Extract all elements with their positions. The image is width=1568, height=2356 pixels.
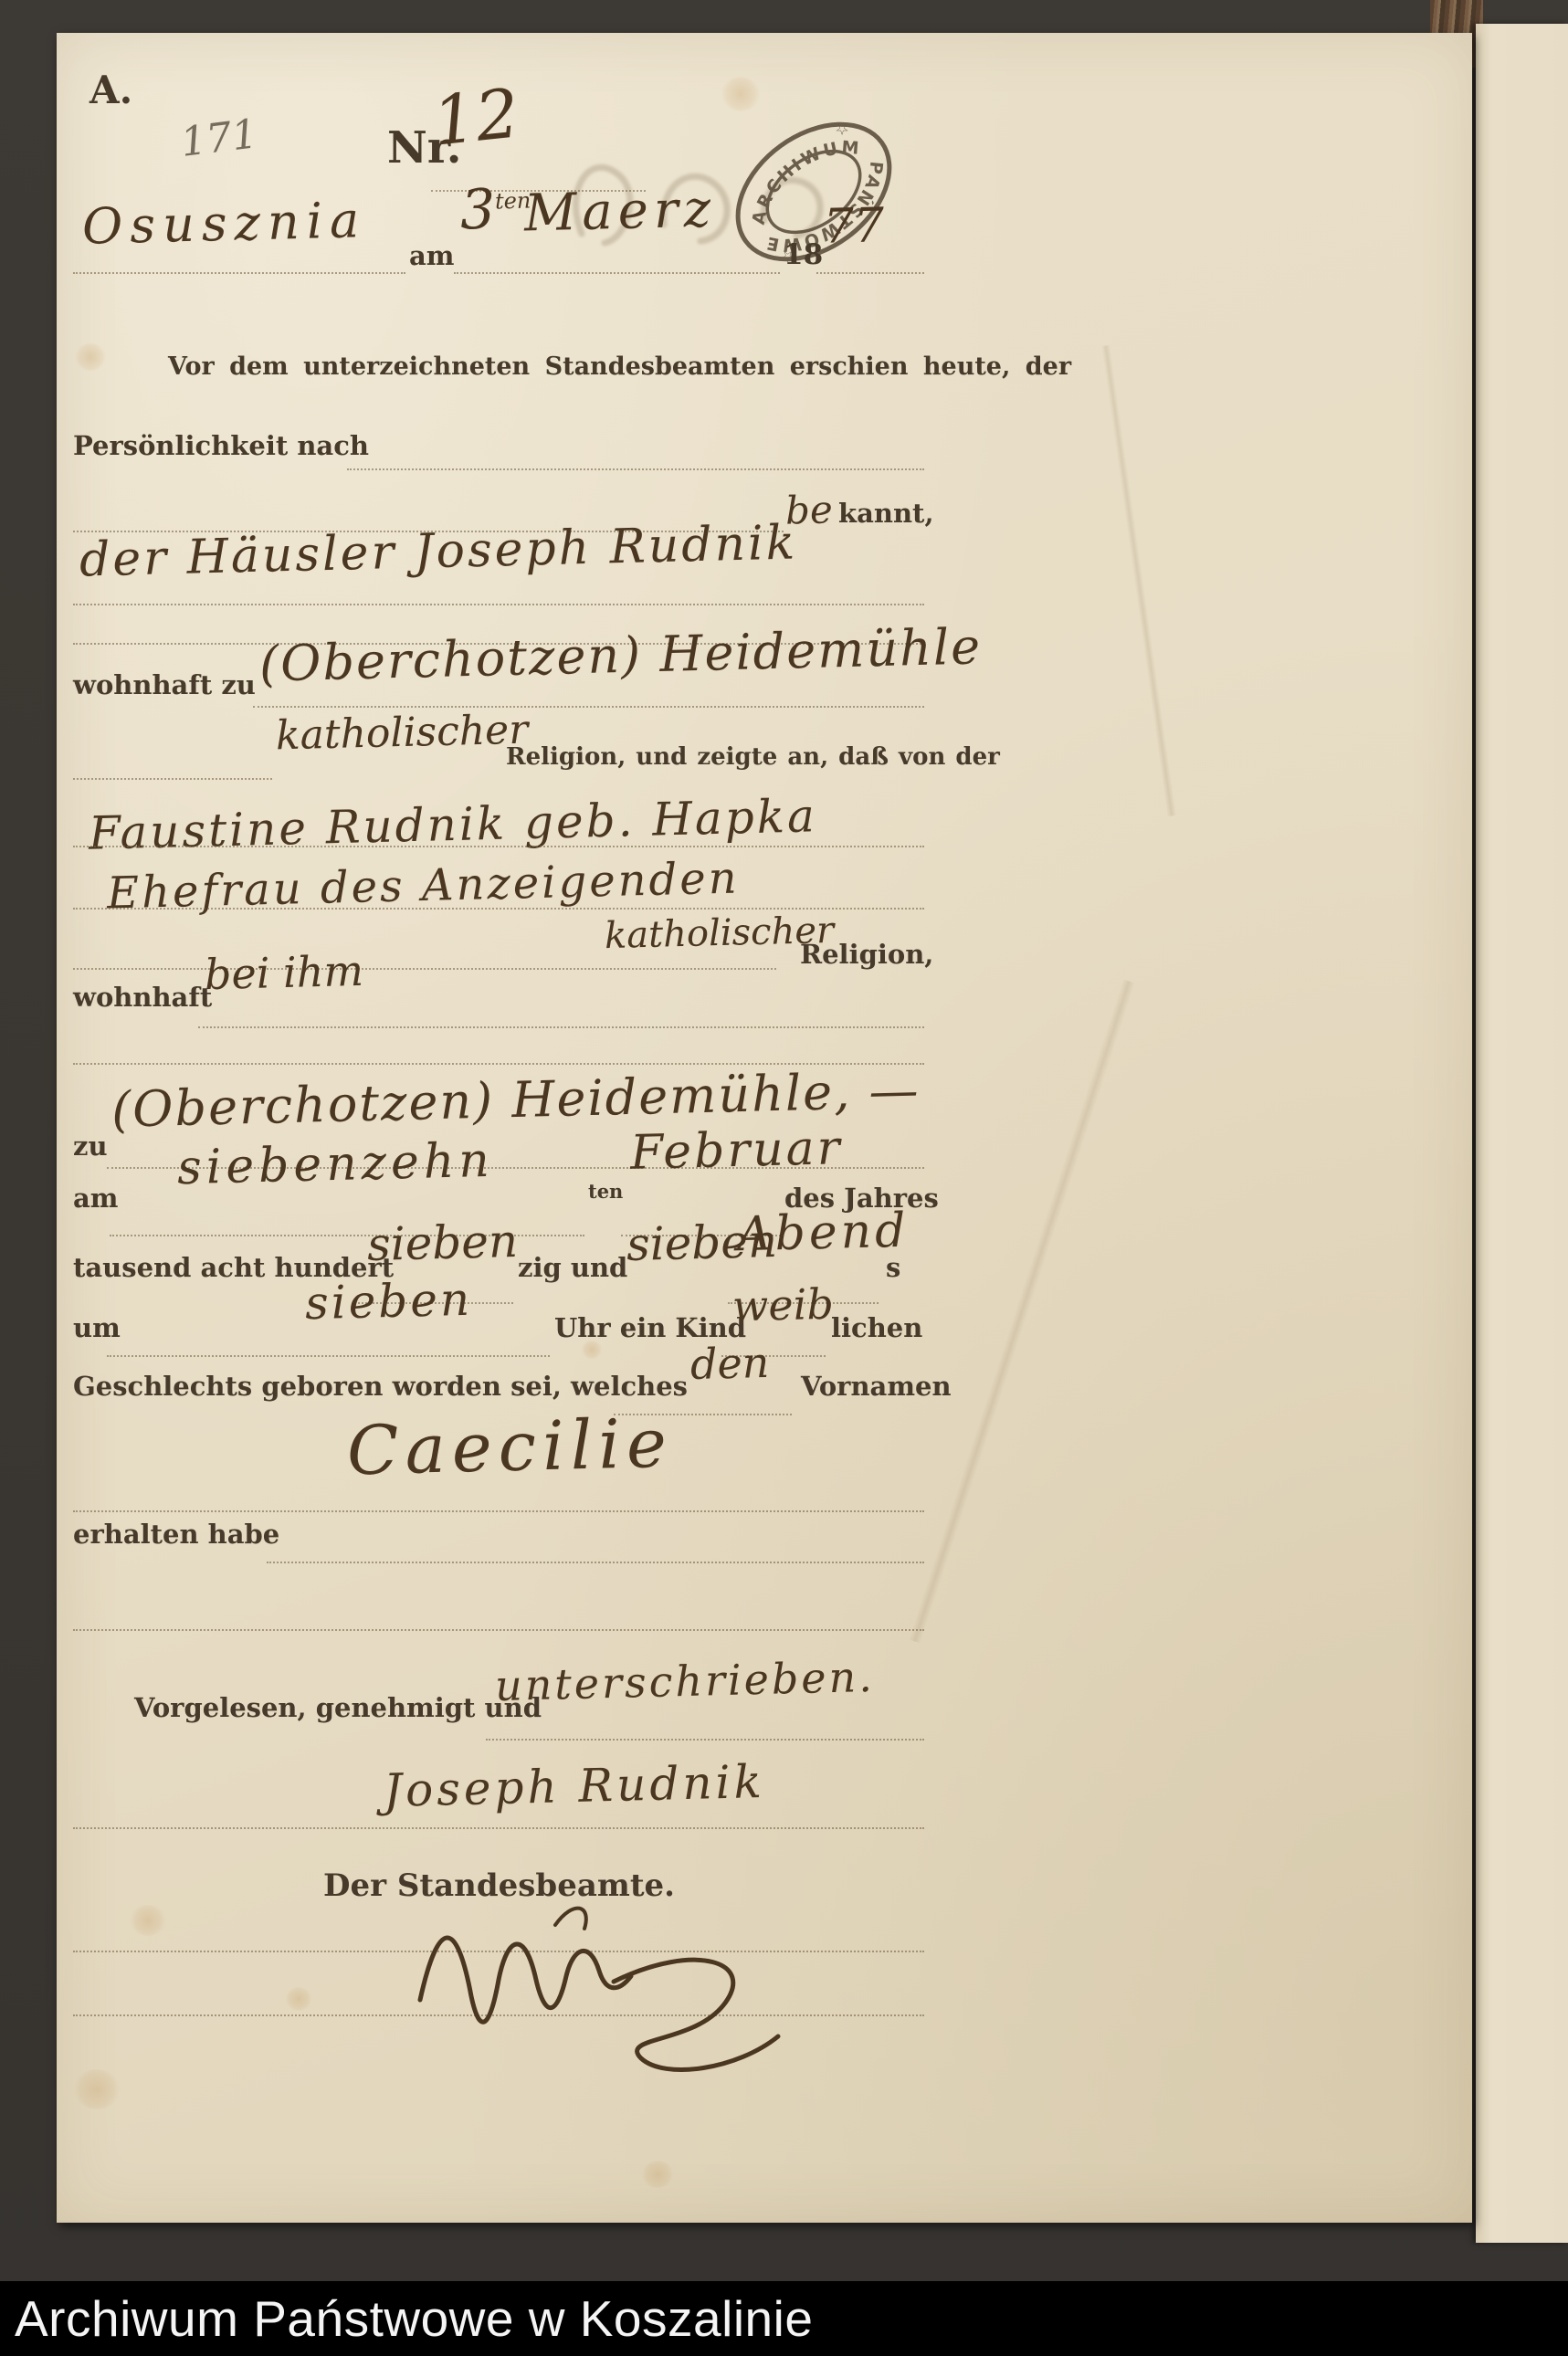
uhr-label: Uhr ein Kind — [554, 1315, 746, 1341]
um-label: um — [73, 1315, 121, 1341]
religion1-handwritten: katholischer — [276, 710, 529, 757]
closing-underline — [486, 1739, 924, 1741]
record-day: 3 — [459, 183, 496, 238]
yearline-printed2: zig und — [518, 1255, 627, 1281]
sex-handwritten: weib — [731, 1283, 834, 1328]
known-printed: kannt, — [838, 500, 934, 527]
residence-value: (Oberchotzen) Heidemühle — [258, 622, 982, 689]
residence2-underline — [198, 1026, 924, 1028]
intro-line-2: Persönlichkeit nach — [73, 433, 369, 459]
record-place: Osusznia — [81, 195, 366, 252]
paper-crease — [909, 979, 1135, 1643]
paper-crease — [1101, 345, 1176, 816]
form-letter: A. — [89, 71, 132, 110]
declarant-underline — [73, 604, 924, 605]
nr-value: 12 — [429, 79, 521, 155]
time-of-day: Abend — [736, 1207, 910, 1259]
religion2-printed: Religion, — [800, 941, 933, 968]
paper-stain — [285, 1987, 312, 2011]
residence-underline — [253, 706, 924, 708]
archive-caption: Archiwum Państwowe w Koszalinie — [0, 2289, 813, 2348]
yearline-hw1: sieben — [366, 1218, 518, 1267]
closing-printed: Vorgelesen, genehmigt und — [134, 1695, 542, 1721]
residence-label: wohnhaft zu — [73, 672, 256, 699]
declarant-signature: Joseph Rudnik — [383, 1759, 765, 1814]
hour-underline — [107, 1355, 550, 1357]
year-written: 77 — [823, 202, 884, 251]
birthday-day: siebenzehn — [176, 1137, 494, 1192]
stamp-star-icon: ☆ — [831, 118, 853, 141]
closing-handwritten: unterschrieben. — [495, 1656, 876, 1707]
archive-caption-bar: Archiwum Państwowe w Koszalinie — [0, 2281, 1568, 2356]
residence2-value: bei ihm — [204, 950, 363, 995]
registrar-label: Der Standesbeamte. — [323, 1870, 675, 1901]
date-underline — [73, 272, 405, 274]
year-printed: 18 — [784, 241, 823, 269]
time-suffix: s — [886, 1255, 900, 1281]
sex-suffix: lichen — [831, 1315, 922, 1341]
relation-underline — [73, 908, 924, 910]
childname-underline — [73, 1510, 924, 1512]
paper-stain — [721, 77, 760, 111]
hour-value: sieben — [304, 1277, 472, 1326]
mother-underline — [73, 846, 924, 847]
received-underline — [267, 1562, 924, 1563]
birthplace-label: zu — [73, 1133, 108, 1160]
received-label: erhalten habe — [73, 1521, 279, 1548]
photo-background: { "page": { "letter": "A.", "pencil_numb… — [0, 0, 1568, 2356]
identity-underline — [347, 468, 924, 470]
date-underline — [816, 272, 924, 274]
mother-relation: Ehefrau des Anzeigenden — [107, 857, 741, 916]
birthday-day-suffix: ten — [588, 1182, 623, 1201]
religion2-underline — [73, 968, 776, 970]
paper-stain — [641, 2161, 674, 2188]
intro-line-1: Vor dem unterzeichneten Standesbeamten e… — [168, 354, 1071, 379]
document-page: A. 171 Nr. 12 ARCHIWUM PAŃSTWOWE ☆ ☆ Osu… — [57, 33, 1472, 2223]
signature-underline — [73, 1827, 924, 1829]
date-underline — [454, 272, 780, 274]
paper-stain — [75, 343, 106, 371]
blank-line — [73, 1629, 924, 1631]
residence2-label: wohnhaft — [73, 984, 212, 1011]
paper-stain — [130, 1905, 166, 1936]
child-name: Caecilie — [346, 1410, 673, 1486]
paper-stain — [582, 1341, 602, 1359]
pencil-number: 171 — [179, 114, 260, 163]
birthday-month: Februar — [629, 1124, 843, 1177]
birthday-am-label: am — [73, 1185, 118, 1212]
registrar-signature-flourish — [395, 1898, 796, 2067]
paper-stain — [73, 2069, 121, 2109]
vornamen-label: Vornamen — [801, 1373, 952, 1400]
record-month: Maerz — [523, 184, 716, 239]
religion1-underline — [73, 778, 272, 780]
am-label: am — [409, 243, 454, 269]
adjacent-page-edge — [1476, 24, 1568, 2243]
declarant-entry: der Häusler Joseph Rudnik — [79, 519, 797, 584]
sex-line2: Geschlechts geboren worden sei, welches — [73, 1373, 688, 1400]
den-handwritten: den — [689, 1341, 769, 1385]
religion1-printed: Religion, und zeigte an, daß von der — [506, 745, 1000, 769]
